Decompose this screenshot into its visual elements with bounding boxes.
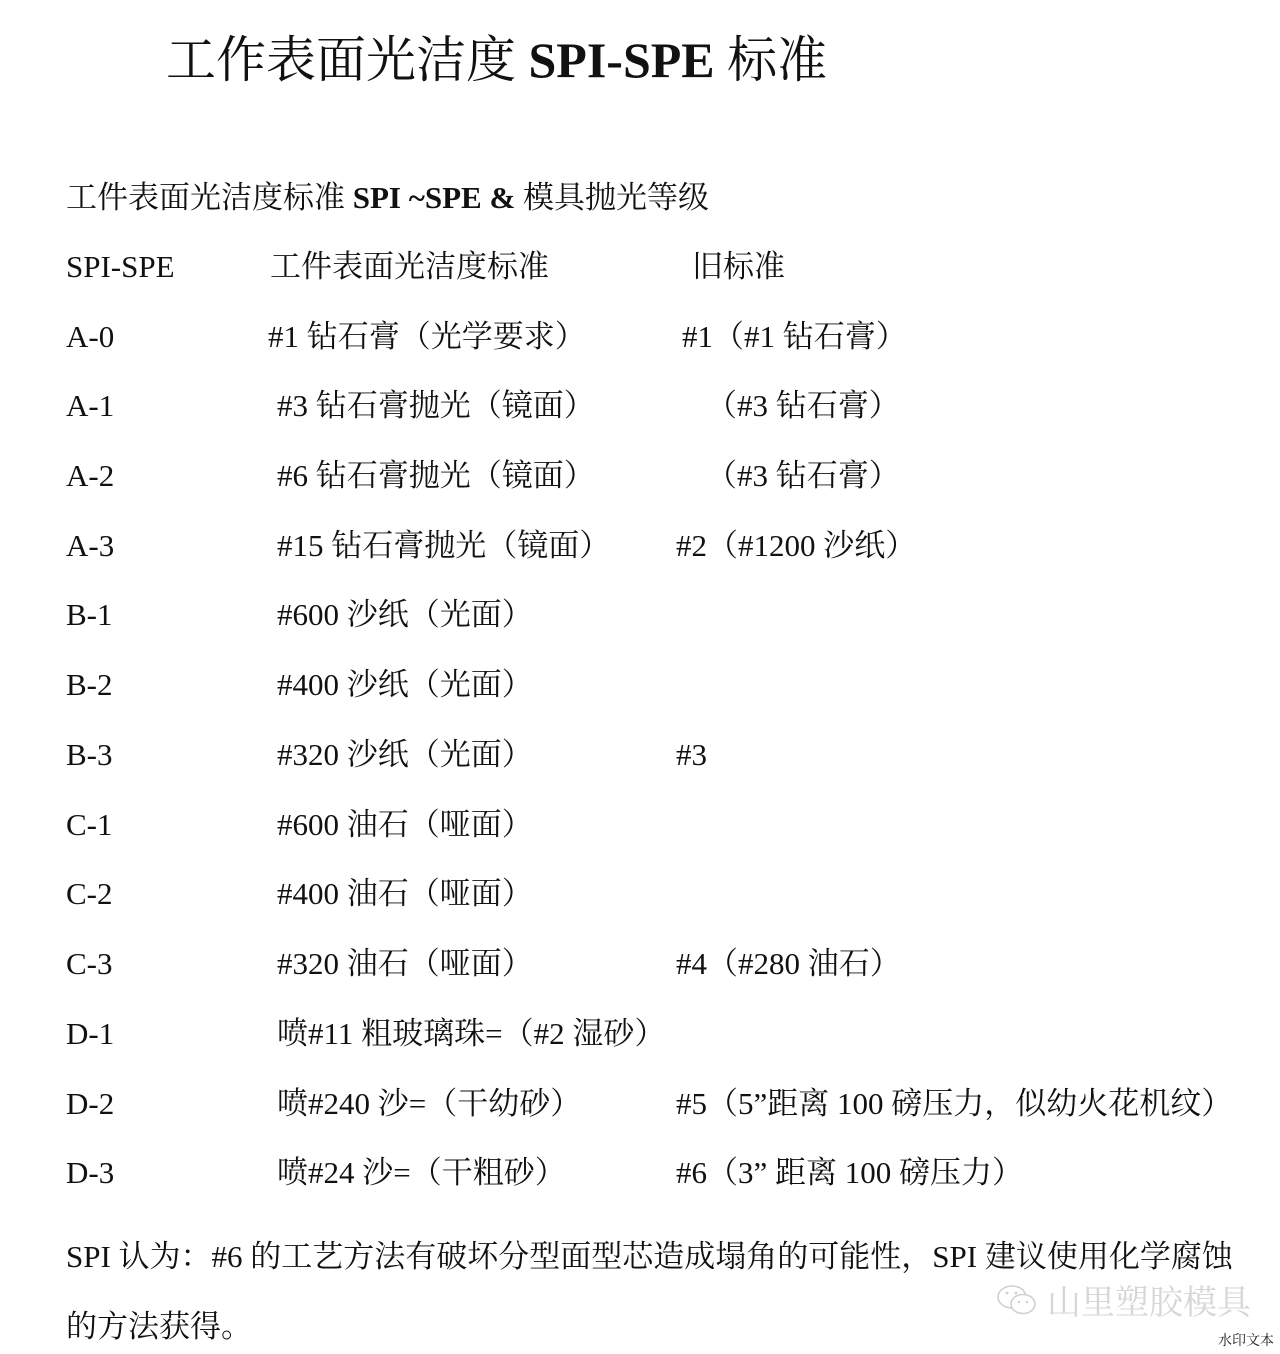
finish-cell: #1 钻石膏（光学要求） xyxy=(268,317,586,357)
grade-cell: C-3 xyxy=(66,944,113,984)
subtitle-prefix: 工件表面光洁度标准 xyxy=(66,180,353,215)
section-subtitle: 工件表面光洁度标准 SPI ~SPE & 模具抛光等级 xyxy=(66,178,709,218)
finish-cell: #320 沙纸（光面） xyxy=(277,735,533,775)
grade-cell: A-2 xyxy=(66,456,114,496)
grade-cell: A-3 xyxy=(66,526,114,566)
grade-cell: D-1 xyxy=(66,1014,114,1054)
grade-cell: B-1 xyxy=(66,595,113,635)
title-suffix: 标准 xyxy=(715,32,828,88)
grade-cell: B-3 xyxy=(66,735,113,775)
title-prefix: 工作表面光洁度 xyxy=(166,32,529,88)
watermark: 山里塑胶模具 xyxy=(995,1275,1251,1324)
header-old: 旧标准 xyxy=(692,247,785,287)
finish-cell: #3 钻石膏抛光（镜面） xyxy=(277,386,595,426)
title-bold: SPI-SPE xyxy=(529,32,715,88)
subtitle-suffix: 模具抛光等级 xyxy=(515,180,709,215)
old-cell: #4（#280 油石） xyxy=(676,944,901,984)
grade-cell: C-1 xyxy=(66,805,113,845)
page-title: 工作表面光洁度 SPI-SPE 标准 xyxy=(166,30,827,90)
old-cell: #1（#1 钻石膏） xyxy=(682,317,907,357)
finish-cell: 喷#11 粗玻璃珠=（#2 湿砂） xyxy=(277,1014,665,1054)
finish-cell: 喷#24 沙=（干粗砂） xyxy=(277,1153,566,1193)
grade-cell: A-1 xyxy=(66,386,114,426)
grade-cell: D-2 xyxy=(66,1084,114,1124)
grade-cell: A-0 xyxy=(66,317,114,357)
wechat-icon xyxy=(995,1282,1039,1318)
old-cell: #2（#1200 沙纸） xyxy=(676,526,916,566)
finish-cell: #15 钻石膏抛光（镜面） xyxy=(277,526,610,566)
old-cell: #3 xyxy=(676,735,707,775)
header-grade: SPI-SPE xyxy=(66,247,175,287)
watermark-label: 水印文本 xyxy=(1218,1330,1274,1350)
finish-cell: #600 沙纸（光面） xyxy=(277,595,533,635)
subtitle-bold: SPI ~SPE & xyxy=(353,180,516,215)
grade-cell: C-2 xyxy=(66,874,113,914)
old-cell: （#3 钻石膏） xyxy=(706,456,900,496)
finish-cell: #400 沙纸（光面） xyxy=(277,665,533,705)
old-cell: #5（5”距离 100 磅压力，似幼火花机纹） xyxy=(676,1084,1232,1124)
finish-cell: 喷#240 沙=（干幼砂） xyxy=(277,1084,581,1124)
finish-cell: #400 油石（哑面） xyxy=(277,874,533,914)
grade-cell: D-3 xyxy=(66,1153,114,1193)
finish-cell: #320 油石（哑面） xyxy=(277,944,533,984)
old-cell: #6（3” 距离 100 磅压力） xyxy=(676,1153,1023,1193)
header-finish: 工件表面光洁度标准 xyxy=(270,247,549,287)
finish-cell: #6 钻石膏抛光（镜面） xyxy=(277,456,595,496)
old-cell: （#3 钻石膏） xyxy=(706,386,900,426)
finish-cell: #600 油石（哑面） xyxy=(277,805,533,845)
grade-cell: B-2 xyxy=(66,665,113,705)
watermark-text: 山里塑胶模具 xyxy=(1047,1275,1251,1324)
